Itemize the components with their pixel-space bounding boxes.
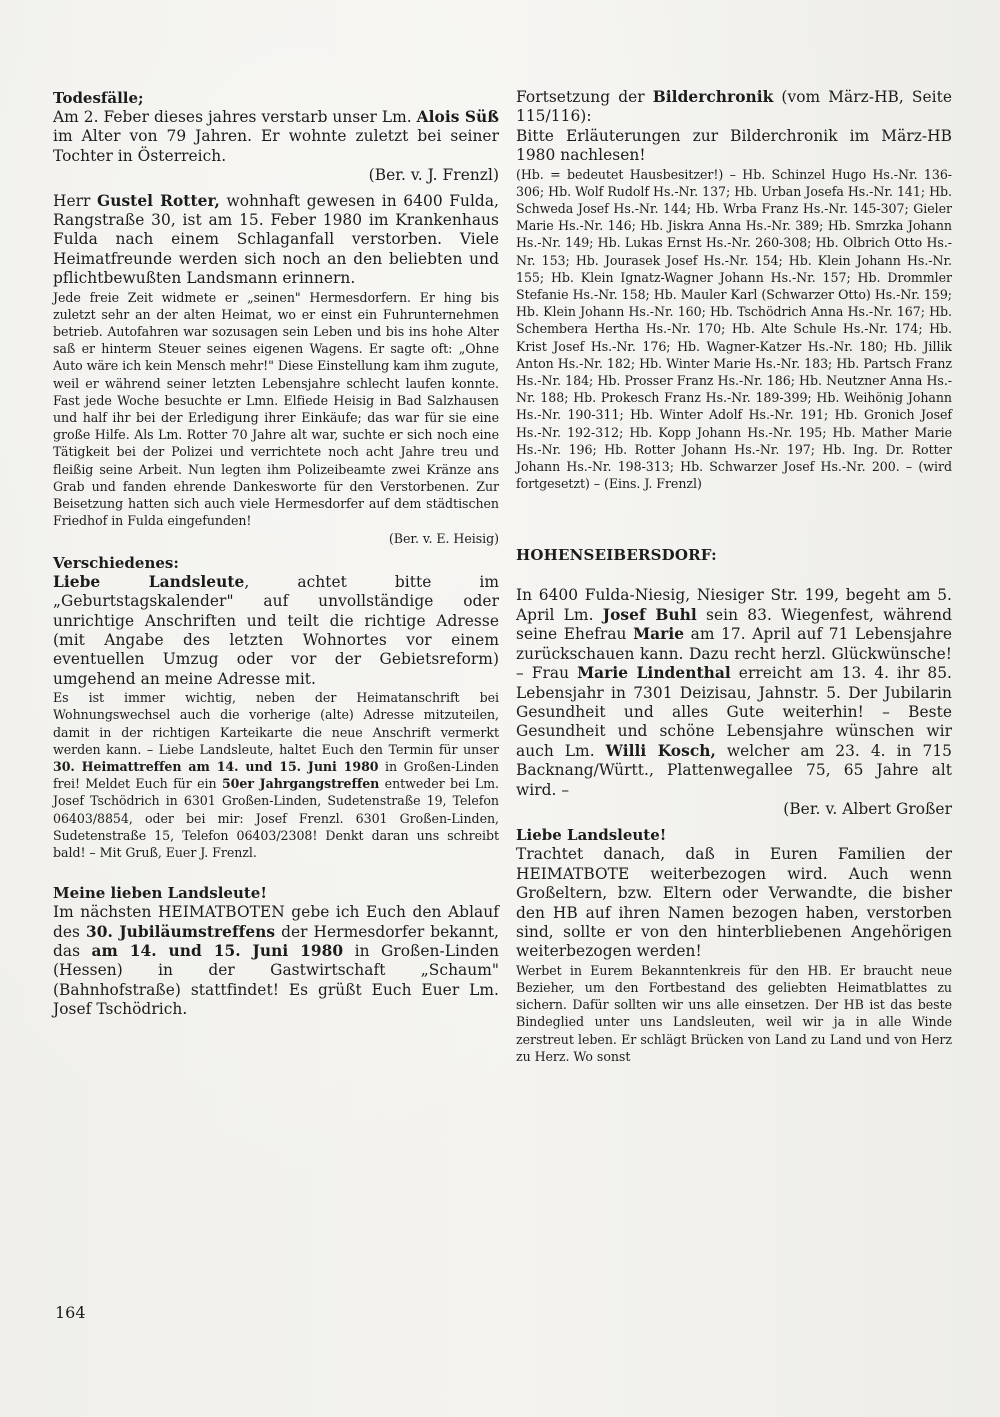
- paragraph-heimatbote-subscription: Trachtet danach, daß in Euren Familien d…: [516, 845, 952, 961]
- text-run: Herr: [53, 192, 97, 210]
- hausbesitzer-list: (Hb. = bedeutet Hausbesitzer!) – Hb. Sch…: [516, 166, 952, 493]
- section-meine-lieben-landsleute: Meine lieben Landsleute! Im nächsten HEI…: [53, 883, 499, 1019]
- text-run: Am 2. Feber dieses jahres verstarb unser…: [53, 108, 417, 126]
- person-name: Marie Lindenthal: [577, 664, 731, 682]
- paragraph-werbung: Werbet in Eurem Bekanntenkreis für den H…: [516, 962, 952, 1065]
- page-number: 164: [55, 1303, 86, 1323]
- paragraph-alois-suess: Am 2. Feber dieses jahres verstarb unser…: [53, 108, 499, 166]
- section-heading: Verschiedenes:: [53, 553, 499, 573]
- text-run: im Alter von 79 Jahren. Er wohnte zuletz…: [53, 127, 499, 164]
- person-name: Alois Süß: [417, 108, 499, 126]
- right-column: Fortsetzung der Bilderchronik (vom März-…: [516, 88, 952, 1065]
- paragraph-gustel-rotter: Herr Gustel Rotter, wohnhaft gewesen in …: [53, 192, 499, 289]
- person-name: Josef Buhl: [603, 606, 697, 624]
- bold-run: Liebe Landsleute: [53, 573, 244, 591]
- person-name: Gustel Rotter,: [97, 192, 220, 210]
- paragraph-bilderchronik-note: Bitte Erläuterungen zur Bilderchronik im…: [516, 127, 952, 166]
- paragraph-heimattreffen: Es ist immer wichtig, neben der Heimatan…: [53, 689, 499, 861]
- section-heading: Todesfälle;: [53, 88, 499, 108]
- section-verschiedenes: Verschiedenes: Liebe Landsleute, achtet …: [53, 553, 499, 861]
- section-heading: HOHENSEIBERSDORF:: [516, 545, 952, 565]
- section-heading: Liebe Landsleute!: [516, 825, 952, 845]
- section-todesfaelle: Todesfälle; Am 2. Feber dieses jahres ve…: [53, 88, 499, 547]
- newsletter-page: Todesfälle; Am 2. Feber dieses jahres ve…: [0, 0, 1000, 1417]
- section-bilderchronik: Fortsetzung der Bilderchronik (vom März-…: [516, 88, 952, 492]
- text-run: Fortsetzung der: [516, 88, 653, 106]
- person-name: Marie: [633, 625, 684, 643]
- paragraph-birthdays: In 6400 Fulda-Niesig, Niesiger Str. 199,…: [516, 586, 952, 799]
- text-run: Es ist immer wichtig, neben der Heimatan…: [53, 690, 499, 757]
- report-signature: (Ber. v. Albert Großer: [516, 800, 952, 819]
- paragraph-rotter-story: Jede freie Zeit widmete er „seinen" Herm…: [53, 289, 499, 530]
- section-hohenseibersdorf: HOHENSEIBERSDORF: In 6400 Fulda-Niesig, …: [516, 545, 952, 819]
- report-signature: (Ber. v. J. Frenzl): [53, 166, 499, 185]
- bold-run: 30. Jubiläumstreffens: [86, 923, 275, 941]
- bold-run: 30. Heimattreffen am 14. und 15. Juni 19…: [53, 759, 379, 774]
- report-signature: (Ber. v. E. Heisig): [53, 530, 499, 547]
- person-name: Willi Kosch,: [606, 742, 716, 760]
- paragraph-geburtstagskalender: Liebe Landsleute, achtet bitte im „Gebur…: [53, 573, 499, 689]
- paragraph-bilderchronik-intro: Fortsetzung der Bilderchronik (vom März-…: [516, 88, 952, 127]
- bold-run: am 14. und 15. Juni 1980: [92, 942, 344, 960]
- bold-run: 50er Jahrgangstreffen: [222, 776, 379, 791]
- bold-run: Bilderchronik: [653, 88, 774, 106]
- section-liebe-landsleute: Liebe Landsleute! Trachtet danach, daß i…: [516, 825, 952, 1065]
- paragraph-jubilaeumstreffen: Im nächsten HEIMATBOTEN gebe ich Euch de…: [53, 903, 499, 1019]
- left-column: Todesfälle; Am 2. Feber dieses jahres ve…: [53, 88, 499, 1020]
- section-heading: Meine lieben Landsleute!: [53, 883, 499, 903]
